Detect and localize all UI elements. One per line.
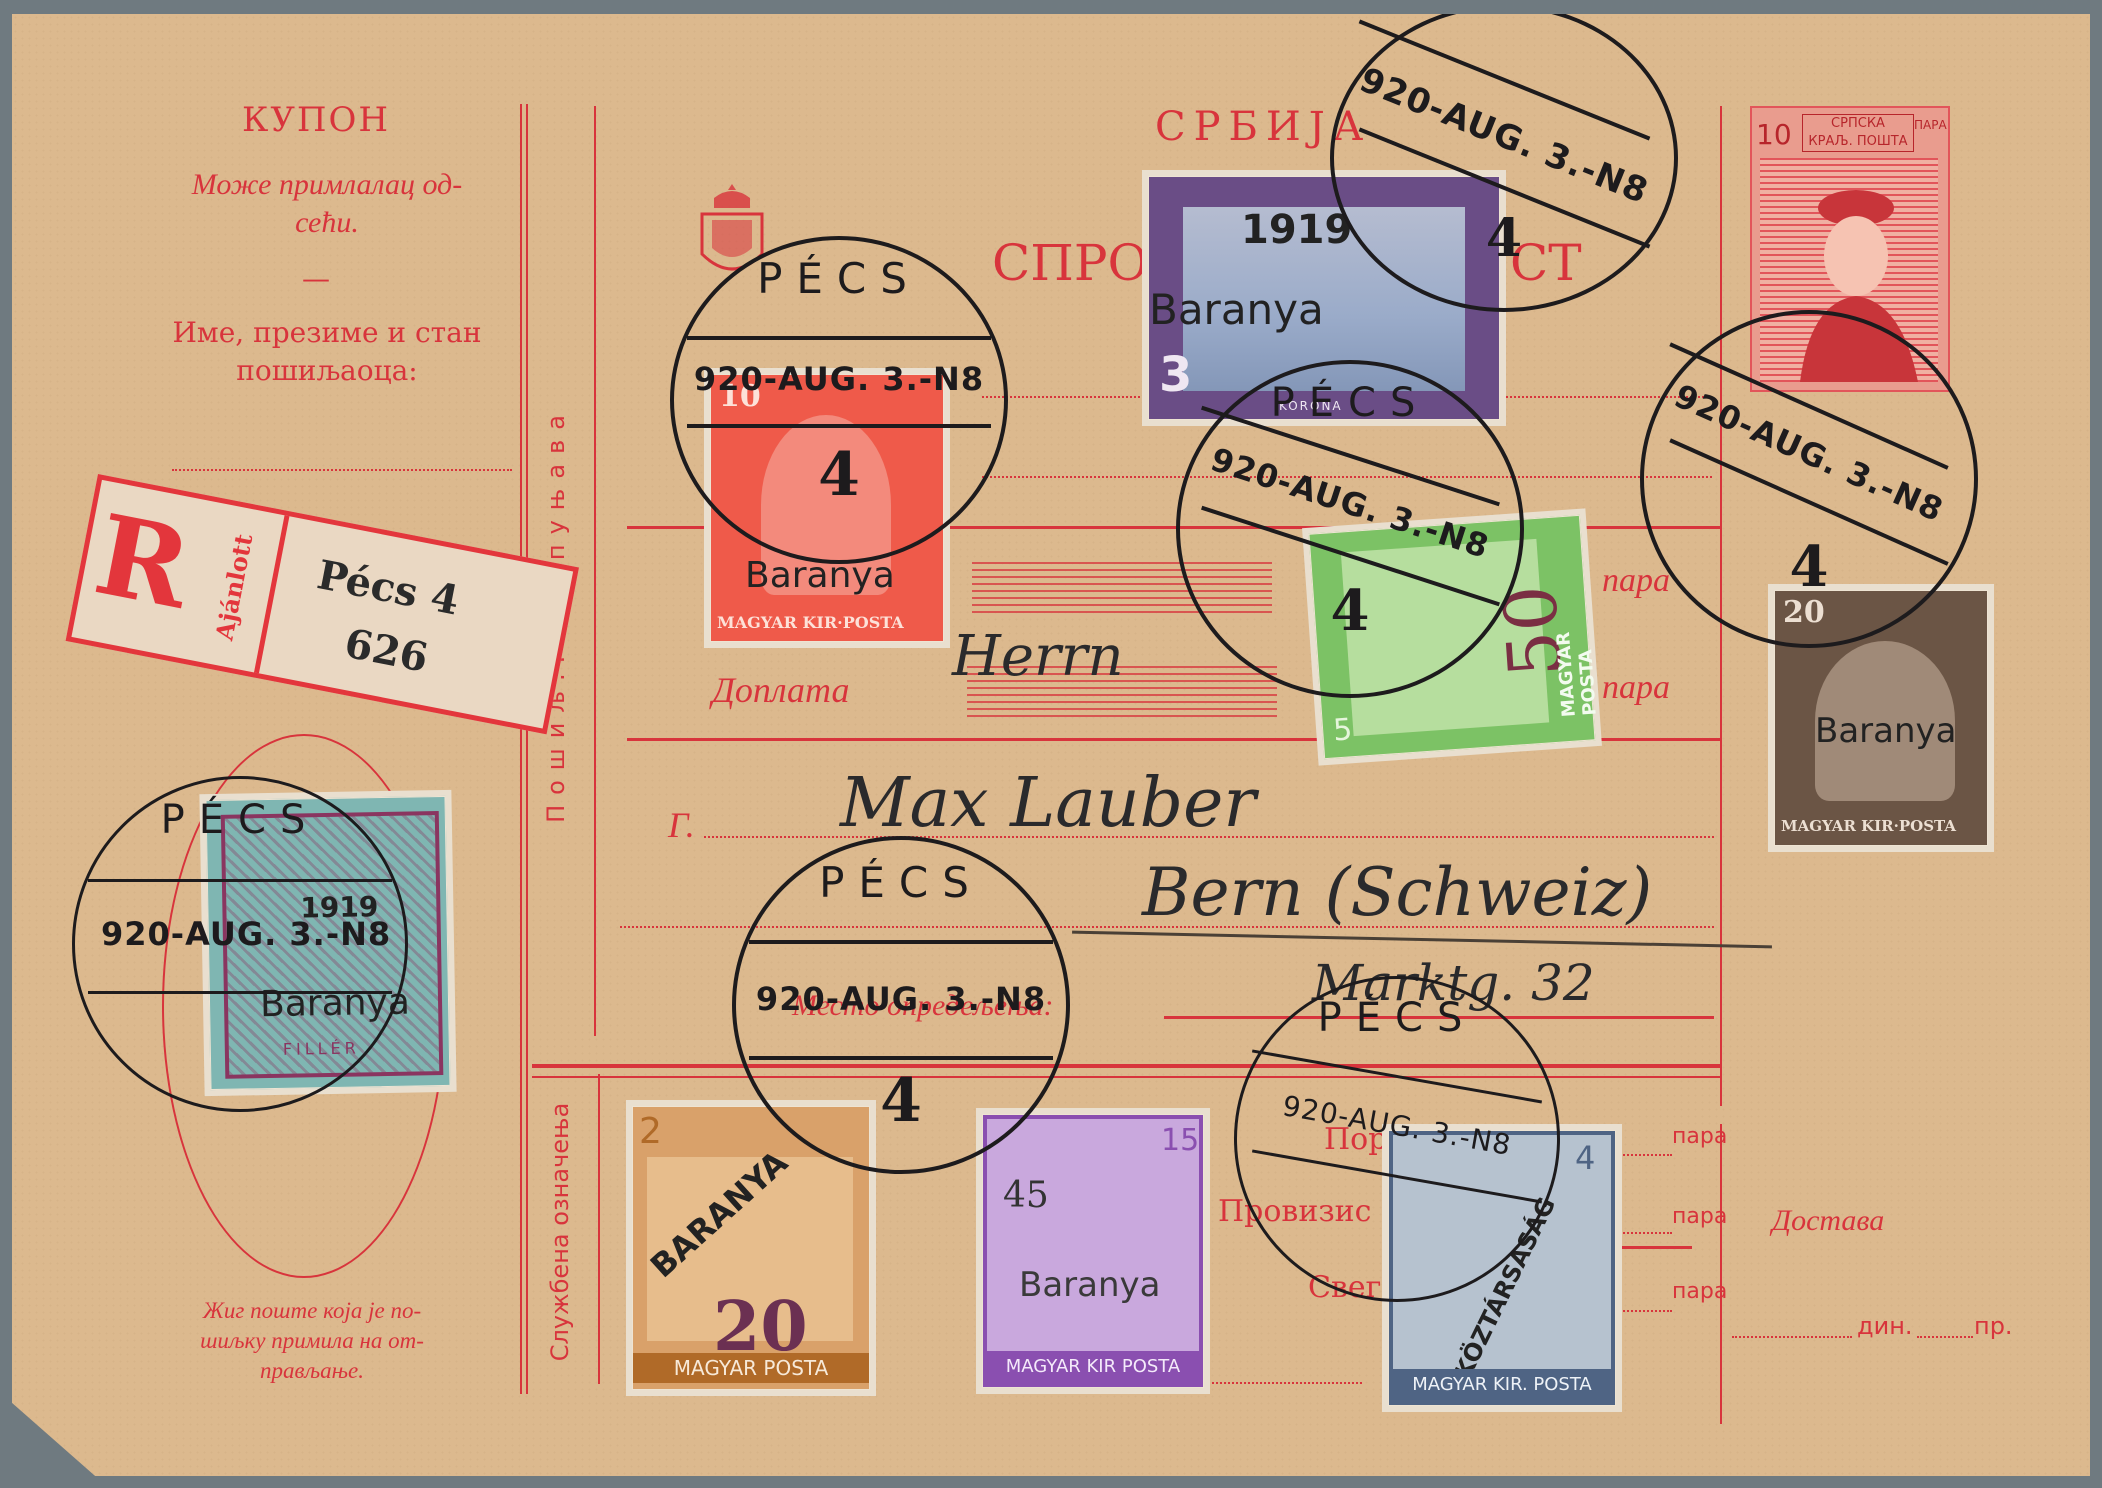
coupon-note-line1: Може примлалац од- xyxy=(142,166,512,204)
stamp-value: 4 xyxy=(1575,1139,1595,1177)
stamp-legend: MAGYAR KIR POSTA xyxy=(983,1351,1203,1383)
weight-field[interactable] xyxy=(1192,1382,1362,1384)
postmark-city: PÉCS xyxy=(1237,995,1557,1041)
sender-line[interactable] xyxy=(172,469,512,471)
postmark-date: 920-AUG. 3.-N8 xyxy=(674,360,1004,398)
postmark-office-number: 4 xyxy=(1644,534,1974,600)
postmark-bar xyxy=(88,991,392,994)
postmark-left: PÉCS 920-AUG. 3.-N8 xyxy=(72,776,408,1112)
postmark-office-number: 4 xyxy=(1180,578,1520,644)
form-divider-upper xyxy=(594,106,596,1036)
indicium-line2: КРАЉ. ПОШТА xyxy=(1803,133,1913,151)
stamp-value: 2 xyxy=(639,1111,662,1152)
postmark-note-line3: прављање. xyxy=(112,1356,512,1386)
postmark-office-number: 4 xyxy=(736,1066,1066,1136)
side-label-official-marks: Службена означења xyxy=(546,1103,574,1362)
postmark-bar xyxy=(88,879,392,882)
coupon-dash: — xyxy=(302,262,330,295)
form-title-start: СПРО xyxy=(992,234,1149,292)
stamp-legend: MAGYAR POSTA xyxy=(1553,630,1601,718)
form-divider-lower xyxy=(598,1074,600,1384)
postmark-bar xyxy=(687,424,991,428)
postmark-date: 920-AUG. 3.-N8 xyxy=(75,915,405,953)
indicium-unit: ПАРА xyxy=(1914,118,1947,132)
din-label: дин. xyxy=(1857,1312,1913,1340)
registration-label: R Ajánlott Pécs 4 626 xyxy=(66,474,579,734)
postmark-office-number: 4 xyxy=(1334,208,1674,269)
indicium-text: СРПСКА КРАЉ. ПОШТА xyxy=(1802,114,1914,152)
postmark-lower-center: PÉCS 920-AUG. 3.-N8 4 xyxy=(732,836,1070,1174)
address-underline xyxy=(1072,931,1772,949)
parcel-card: КУПОН Може примлалац од- сећи. — Име, пр… xyxy=(12,14,2090,1476)
coupon-note: Може примлалац од- сећи. xyxy=(142,166,512,242)
stamp-legend: MAGYAR KIR·POSTA xyxy=(717,613,904,632)
postmark-note-line2: шиљку примила на от- xyxy=(112,1326,512,1356)
sender-label-line2: пошиљаоца: xyxy=(132,352,522,390)
stamp-value: 5 xyxy=(1332,712,1353,748)
address-line-herrn: Herrn xyxy=(952,624,1124,689)
postmark-note-line1: Жиг поште која је по- xyxy=(112,1296,512,1326)
doplata-label: Доплата xyxy=(712,669,849,711)
coupon-postmark-note: Жиг поште која је по- шиљку примила на о… xyxy=(112,1296,512,1386)
postmark-center: PÉCS 920-AUG. 3.-N8 4 xyxy=(1176,360,1524,698)
overprint-baranya: Baranya xyxy=(1149,285,1324,334)
overprint-baranya: Baranya xyxy=(1815,711,1956,751)
postmark-upper-left: PÉCS 920-AUG. 3.-N8 4 xyxy=(670,236,1008,564)
stamp-legend: MAGYAR POSTA xyxy=(633,1353,869,1383)
coupon-title: КУПОН xyxy=(242,100,390,140)
postmark-right: 920-AUG. 3.-N8 4 xyxy=(1640,310,1978,648)
para-row-1: пара xyxy=(1672,1124,1727,1149)
para-row-2: пара xyxy=(1672,1204,1727,1229)
postmark-city: PÉCS xyxy=(75,797,405,843)
address-line-city: Bern (Schweiz) xyxy=(1142,854,1652,931)
pr-field[interactable] xyxy=(1917,1336,1973,1338)
overprint-baranya: Baranya xyxy=(1019,1265,1160,1305)
postmark-bar xyxy=(749,1056,1053,1060)
registration-number: 626 xyxy=(341,620,432,682)
stamp-surcharge: 45 xyxy=(1003,1175,1049,1216)
postmark-top: 920-AUG. 3.-N8 4 xyxy=(1330,4,1678,312)
postmark-bar xyxy=(749,940,1053,944)
registration-office: Pécs 4 xyxy=(313,551,462,624)
stamp-legend: MAGYAR KIR·POSTA xyxy=(1781,817,1956,835)
indicium-value: 10 xyxy=(1756,118,1792,151)
stamp-reaper-15-filler-45: 15 45 Baranya MAGYAR KIR POSTA xyxy=(982,1114,1204,1388)
sender-label: Име, презиме и стан пошиљаоца: xyxy=(132,314,522,390)
coupon-note-line2: сећи. xyxy=(142,204,512,242)
stamp-value: 15 xyxy=(1161,1123,1199,1158)
delivery-column-divider xyxy=(1720,1124,1722,1424)
addressee-label: Г. xyxy=(668,804,695,846)
coupon-divider xyxy=(520,104,522,1394)
sender-label-line1: Име, презиме и стан xyxy=(132,314,522,352)
postmark-city: PÉCS xyxy=(736,858,1066,907)
din-field[interactable] xyxy=(1732,1336,1852,1338)
para-row-3: пара xyxy=(1672,1279,1727,1304)
postmark-bar xyxy=(687,336,991,340)
delivery-label: Достава xyxy=(1772,1204,1884,1238)
postmark-city: PÉCS xyxy=(674,254,1004,303)
para-label-2: пара xyxy=(1602,669,1670,707)
postmark-lower-right: PÉCS 920-AUG. 3.-N8 xyxy=(1234,976,1560,1302)
pr-label: пр. xyxy=(1974,1312,2013,1340)
stamp-legend: MAGYAR KIR. POSTA xyxy=(1389,1369,1615,1401)
postmark-office-number: 4 xyxy=(674,440,1004,510)
address-line-name: Max Lauber xyxy=(840,764,1256,843)
indicium-line1: СРПСКА xyxy=(1803,115,1913,133)
postmark-date: 920-AUG. 3.-N8 xyxy=(736,980,1066,1018)
coupon-divider-inner xyxy=(526,104,528,1394)
